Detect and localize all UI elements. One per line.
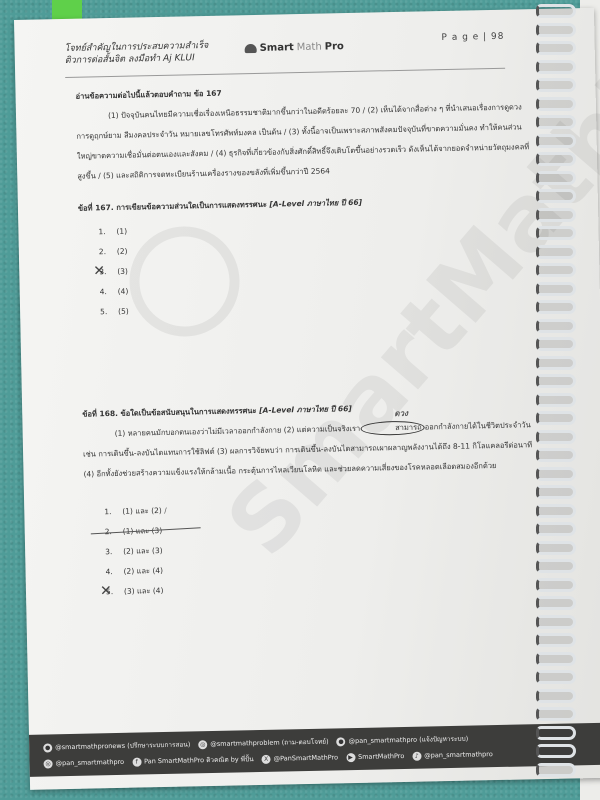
- option-number: 4.: [105, 562, 123, 582]
- spiral-ring: [536, 208, 576, 222]
- page-number: P a g e | 98: [441, 32, 504, 43]
- social-handle: @PanSmartMathPro: [274, 753, 339, 762]
- question-number: ข้อที่ 168.: [82, 409, 118, 419]
- social-handle: @pan_smartmathpro: [424, 750, 493, 759]
- option-text: (2) และ (4): [123, 566, 163, 576]
- option-number: 2.: [99, 242, 117, 262]
- spiral-ring: [536, 374, 576, 388]
- line-icon: ●: [337, 737, 346, 746]
- spiral-ring: [536, 670, 576, 684]
- spiral-ring: [536, 448, 576, 462]
- spiral-ring: [536, 41, 576, 55]
- spiral-ring: [536, 652, 576, 666]
- spiral-ring: [536, 134, 576, 148]
- spiral-ring: [536, 152, 576, 166]
- spiral-ring: [536, 263, 576, 277]
- facebook-icon: f: [132, 757, 141, 766]
- spiral-ring: [536, 171, 576, 185]
- social-handle: SmartMathPro: [358, 752, 404, 761]
- cross-mark-icon: ✕: [100, 584, 112, 598]
- passage-168-part1: (1) หลายคนมักบอกตนเองว่าไม่มีเวลาออกกำลั…: [115, 424, 361, 438]
- spiral-ring: [536, 226, 576, 240]
- question-source: [A-Level ภาษาไทย ปี 66]: [259, 404, 352, 415]
- passage-167: (1) ปัจจุบันคนไทยมีความเชื่อเรื่องเหนือธ…: [76, 97, 538, 187]
- spiral-ring: [536, 763, 576, 777]
- option-text: (1) และ (2): [122, 506, 162, 516]
- handwritten-note: ดวง: [394, 404, 408, 424]
- option-text: (1): [116, 227, 127, 236]
- social-handle: Pan SmartMathPro ติวคณิต by พี่ปั้น: [144, 754, 254, 766]
- social-handle: @smartmathpronews (ปรึกษาระบบการสอน): [55, 739, 190, 752]
- passage-168: (1) หลายคนมักบอกตนเองว่าไม่มีเวลาออกกำลั…: [82, 415, 543, 485]
- book-page: SmartMathPro โจทย์สำคัญในการประสบความสำเ…: [14, 8, 600, 790]
- option-text: (4): [118, 287, 129, 296]
- instagram-icon: ◎: [198, 740, 207, 749]
- logo-icon: [245, 44, 257, 53]
- footer-row-1: ●@smartmathpronews (ปรึกษาระบบการสอน)◎@s…: [43, 734, 468, 753]
- social-footer: ●@smartmathpronews (ปรึกษาระบบการสอน)◎@s…: [29, 723, 600, 777]
- social-link[interactable]: ◎@smartmathproblem (ถาม-ตอบโจทย์): [198, 737, 328, 750]
- cross-mark-icon: ✕: [93, 264, 105, 278]
- social-link[interactable]: ♪@pan_smartmathpro: [412, 750, 493, 761]
- page-header: โจทย์สำคัญในการประสบความสำเร็จ ติวการต่อ…: [64, 28, 505, 78]
- option-text: (3) และ (4): [124, 586, 164, 596]
- spiral-ring: [536, 430, 576, 444]
- spiral-ring: [536, 115, 576, 129]
- spiral-ring: [536, 300, 576, 314]
- option-text: (2) และ (3): [123, 546, 163, 556]
- smartmathpro-logo: SmartMathPro: [245, 41, 344, 54]
- spiral-ring: [536, 411, 576, 425]
- question-168-options: 1.(1) และ (2) /2.(1) และ (3)3.(2) และ (3…: [104, 493, 546, 602]
- social-handle: @smartmathproblem (ถาม-ตอบโจทย์): [210, 737, 328, 749]
- option-number: 4.: [100, 282, 118, 302]
- option-number: 5.: [100, 302, 118, 322]
- spiral-ring: [536, 707, 576, 721]
- spiral-ring: [536, 522, 576, 536]
- spiral-ring: [536, 726, 576, 740]
- question-text: การเขียนข้อความส่วนใดเป็นการแสดงทรรศนะ: [116, 200, 267, 212]
- question-source: [A-Level ภาษาไทย ปี 66]: [269, 198, 362, 209]
- line-icon: ●: [43, 743, 52, 752]
- spiral-ring: [536, 596, 576, 610]
- spiral-ring: [536, 393, 576, 407]
- social-link[interactable]: ▶SmartMathPro: [346, 751, 404, 761]
- social-link[interactable]: ◎@pan_smartmathpro: [43, 757, 124, 768]
- option-number: 3.: [105, 542, 123, 562]
- header-slogan-line2: ติวการต่อสั้นจิต ลงมือทำ Aj KLUI: [65, 52, 209, 67]
- logo-text-pro: Pro: [325, 41, 344, 52]
- spiral-ring: [536, 689, 576, 703]
- spiral-ring: [536, 319, 576, 333]
- slash-mark-icon: /: [162, 506, 167, 515]
- spiral-ring: [536, 78, 576, 92]
- spiral-ring: [536, 615, 576, 629]
- logo-text-math: Math: [297, 42, 322, 54]
- spiral-ring: [536, 541, 576, 555]
- youtube-icon: ▶: [346, 753, 355, 762]
- option-text: (5): [118, 307, 129, 316]
- spiral-ring: [536, 189, 576, 203]
- question-number: ข้อที่ 167.: [78, 203, 114, 213]
- spiral-ring: [536, 356, 576, 370]
- spiral-ring: [536, 744, 576, 758]
- header-slogan: โจทย์สำคัญในการประสบความสำเร็จ ติวการต่อ…: [64, 40, 208, 67]
- question-text: ข้อใดเป็นข้อสนับสนุนในการแสดงทรรศนะ: [120, 406, 256, 418]
- option-number: 1.: [104, 502, 122, 522]
- spiral-ring: [536, 282, 576, 296]
- spiral-ring: [536, 4, 576, 18]
- social-link[interactable]: fPan SmartMathPro ติวคณิต by พี่ปั้น: [132, 754, 254, 767]
- option-number: 1.: [98, 222, 116, 242]
- tiktok-icon: ♪: [412, 751, 421, 760]
- social-link[interactable]: X@PanSmartMathPro: [261, 753, 338, 764]
- page-content: อ่านข้อความต่อไปนี้แล้วตอบคำถาม ข้อ 167 …: [75, 77, 546, 603]
- spiral-ring: [536, 559, 576, 573]
- social-handle: @pan_smartmathpro (แจ้งปัญหาระบบ): [349, 734, 469, 747]
- spiral-ring: [536, 337, 576, 351]
- social-link[interactable]: ●@pan_smartmathpro (แจ้งปัญหาระบบ): [337, 734, 469, 747]
- spiral-ring: [536, 245, 576, 259]
- spiral-ring: [536, 97, 576, 111]
- x-icon: X: [261, 754, 270, 763]
- circled-word: สามารถ: [360, 420, 425, 435]
- footer-row-2: ◎@pan_smartmathprofPan SmartMathPro ติวค…: [43, 749, 492, 768]
- option-text: (2): [117, 247, 128, 256]
- spiral-ring: [536, 504, 576, 518]
- spiral-binding: [536, 0, 586, 800]
- spiral-ring: [536, 633, 576, 647]
- spiral-ring: [536, 485, 576, 499]
- instagram-icon: ◎: [43, 759, 52, 768]
- spiral-ring: [536, 578, 576, 592]
- logo-text-smart: Smart: [260, 42, 294, 54]
- question-167-options: 1.(1)2.(2)3.(3)✕4.(4)5.(5): [98, 213, 540, 322]
- spiral-ring: [536, 467, 576, 481]
- social-handle: @pan_smartmathpro: [55, 758, 124, 767]
- social-link[interactable]: ●@smartmathpronews (ปรึกษาระบบการสอน): [43, 739, 190, 752]
- option-text: (3): [117, 267, 128, 276]
- spiral-ring: [536, 60, 576, 74]
- spiral-ring: [536, 23, 576, 37]
